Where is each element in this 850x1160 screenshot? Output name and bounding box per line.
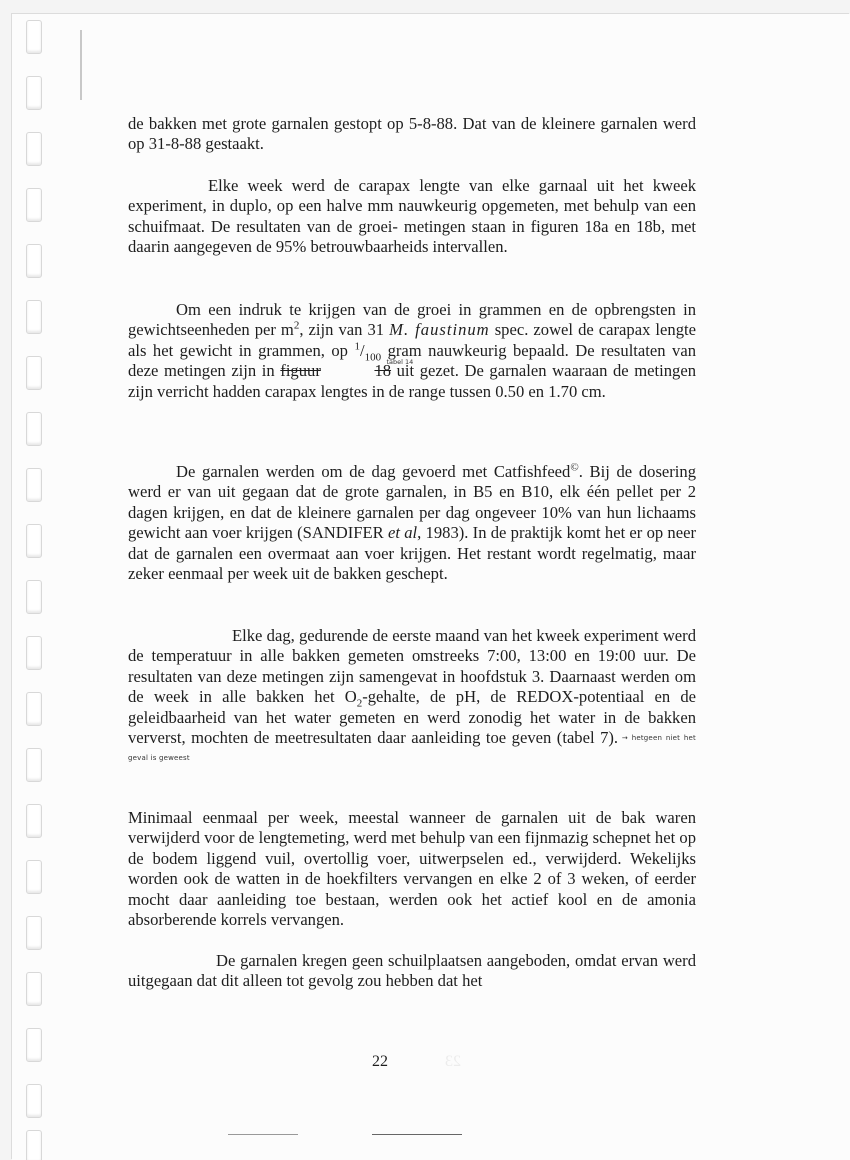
binding-holes <box>26 20 42 1160</box>
paragraph-6: Minimaal eenmaal per week, meestal wanne… <box>128 808 696 930</box>
page-number: 22 <box>372 1053 388 1071</box>
binding-hole <box>26 244 42 278</box>
paragraph-1: de bakken met grote garnalen gestopt op … <box>128 114 696 155</box>
paragraph-text: Om een indruk te krijgen van de groei in… <box>128 300 696 402</box>
binding-hole <box>26 916 42 950</box>
binding-hole <box>26 76 42 110</box>
paragraph-text: Elke week werd de carapax lengte van elk… <box>128 176 696 258</box>
binding-hole <box>26 1028 42 1062</box>
paragraph-2: Elke week werd de carapax lengte van elk… <box>128 176 696 258</box>
binding-hole <box>26 20 42 54</box>
paragraph-text: de bakken met grote garnalen gestopt op … <box>128 114 696 155</box>
paragraph-text: De garnalen kregen geen schuilplaatsen a… <box>128 951 696 992</box>
handwritten-correction: tabel 1418 <box>326 361 391 381</box>
margin-mark <box>80 30 82 100</box>
binding-hole <box>26 1130 42 1160</box>
struck-word: figuur <box>280 361 321 380</box>
paragraph-7: De garnalen kregen geen schuilplaatsen a… <box>128 951 696 992</box>
binding-hole <box>26 300 42 334</box>
binding-hole <box>26 468 42 502</box>
paragraph-text: De garnalen werden om de dag gevoerd met… <box>128 462 696 584</box>
paragraph-3: Om een indruk te krijgen van de groei in… <box>128 300 696 402</box>
binding-hole <box>26 132 42 166</box>
paragraph-text: Elke dag, gedurende de eerste maand van … <box>128 626 696 769</box>
binding-hole <box>26 524 42 558</box>
binding-hole <box>26 692 42 726</box>
binding-hole <box>26 748 42 782</box>
binding-hole <box>26 972 42 1006</box>
binding-hole <box>26 580 42 614</box>
binding-hole <box>26 1084 42 1118</box>
paragraph-5: Elke dag, gedurende de eerste maand van … <box>128 626 696 769</box>
handwritten-insert: tabel 14 <box>338 352 413 372</box>
binding-hole <box>26 636 42 670</box>
bleed-through-page-number: 23 <box>445 1053 461 1071</box>
paragraph-text: Minimaal eenmaal per week, meestal wanne… <box>128 808 696 930</box>
binding-hole <box>26 412 42 446</box>
binding-hole <box>26 860 42 894</box>
binding-hole <box>26 804 42 838</box>
scan-mark <box>372 1134 462 1135</box>
scan-mark <box>228 1134 298 1135</box>
binding-hole <box>26 356 42 390</box>
species-name: M. faustinum <box>389 320 490 339</box>
paragraph-4: De garnalen werden om de dag gevoerd met… <box>128 462 696 584</box>
binding-hole <box>26 188 42 222</box>
